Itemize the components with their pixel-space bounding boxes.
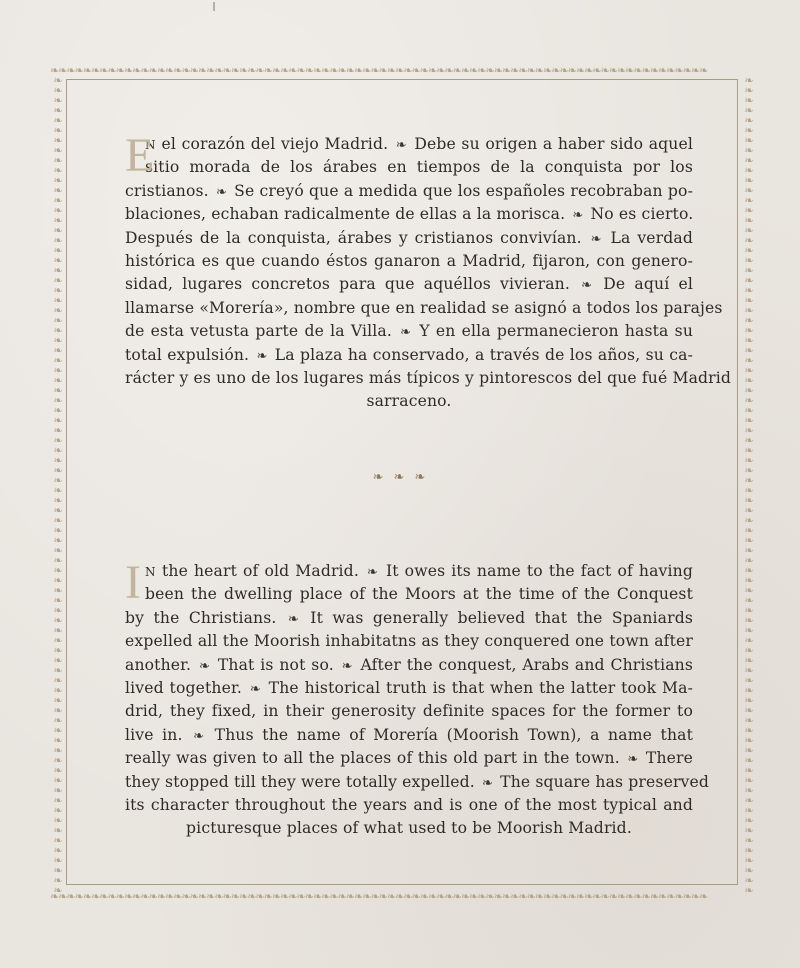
ornamental-border-bottom: ❧❧❧❧❧❧❧❧❧❧❧❧❧❧❧❧❧❧❧❧❧❧❧❧❧❧❧❧❧❧❧❧❧❧❧❧❧❧❧❧… [50, 892, 750, 902]
text-line: sitio morada de los árabes en tiempos de… [125, 156, 693, 179]
text-line: Después de la conquista, árabes y cristi… [125, 227, 693, 250]
text-line: sarraceno. [125, 390, 693, 413]
paper-speck [213, 2, 215, 11]
fleuron-icon: ❧ [398, 325, 413, 340]
text-line: picturesque places of what used to be Mo… [125, 817, 693, 840]
text-line: live in. ❧ Thus the name of Morería (Moo… [125, 724, 693, 747]
spanish-paragraph: E N el corazón del viejo Madrid. ❧ Debe … [125, 133, 693, 414]
text-line: total expulsión. ❧ La plaza ha conservad… [125, 344, 693, 367]
text-line: another. ❧ That is not so. ❧ After the c… [125, 654, 693, 677]
fleuron-icon: ❧ [214, 185, 229, 200]
section-separator: ❧❧❧ [364, 470, 444, 485]
ornamental-border-right: ❧❧❧❧❧❧❧❧❧❧❧❧❧❧❧❧❧❧❧❧❧❧❧❧❧❧❧❧❧❧❧❧❧❧❧❧❧❧❧❧… [743, 76, 755, 892]
fleuron-icon: ❧ [394, 138, 409, 153]
text-line: histórica es que cuando éstos ganaron a … [125, 250, 693, 273]
text-line: expelled all the Moorish inhabitatns as … [125, 630, 693, 653]
text-line: its character throughout the years and i… [125, 794, 693, 817]
ornamental-border-top: ❧❧❧❧❧❧❧❧❧❧❧❧❧❧❧❧❧❧❧❧❧❧❧❧❧❧❧❧❧❧❧❧❧❧❧❧❧❧❧❧… [50, 66, 755, 76]
text-line: N el corazón del viejo Madrid. ❧ Debe su… [125, 133, 693, 156]
fleuron-icon: ❧ [197, 659, 212, 674]
fleuron-icon: ❧ [480, 776, 495, 791]
text-line: lived together. ❧ The historical truth i… [125, 677, 693, 700]
dropcap: E [125, 133, 154, 179]
page: ❧❧❧❧❧❧❧❧❧❧❧❧❧❧❧❧❧❧❧❧❧❧❧❧❧❧❧❧❧❧❧❧❧❧❧❧❧❧❧❧… [0, 0, 800, 968]
fleuron-icon: ❧ [191, 729, 206, 744]
english-paragraph: I N the heart of old Madrid. ❧ It owes i… [125, 560, 693, 841]
fleuron-icon: ❧ [625, 752, 640, 767]
fleuron-icon: ❧ [248, 682, 263, 697]
text-line: been the dwelling place of the Moors at … [125, 583, 693, 606]
fleuron-icon: ❧ [286, 612, 301, 627]
text-line: they stopped till they were totally expe… [125, 771, 693, 794]
ornamental-border-left: ❧❧❧❧❧❧❧❧❧❧❧❧❧❧❧❧❧❧❧❧❧❧❧❧❧❧❧❧❧❧❧❧❧❧❧❧❧❧❧❧… [52, 76, 64, 892]
dropcap: I [125, 560, 141, 606]
text-line: really was given to all the places of th… [125, 747, 693, 770]
text-line: blaciones, echaban radicalmente de ellas… [125, 203, 693, 226]
text-line: drid, they fixed, in their generosity de… [125, 700, 693, 723]
fleuron-icon: ❧ [579, 278, 594, 293]
fleuron-icon: ❧ [589, 232, 604, 247]
fleuron-icon: ❧ [570, 208, 585, 223]
fleuron-icon: ❧ [365, 565, 380, 580]
fleuron-icon: ❧ [254, 349, 269, 364]
text-line: cristianos. ❧ Se creyó que a medida que … [125, 180, 693, 203]
text-line: rácter y es uno de los lugares más típic… [125, 367, 693, 390]
text-line: N the heart of old Madrid. ❧ It owes its… [125, 560, 693, 583]
text-line: by the Christians. ❧ It was generally be… [125, 607, 693, 630]
text-line: sidad, lugares concretos para que aquéll… [125, 273, 693, 296]
text-line: llamarse «Morería», nombre que en realid… [125, 297, 693, 320]
text-line: de esta vetusta parte de la Villa. ❧ Y e… [125, 320, 693, 343]
fleuron-icon: ❧ [340, 659, 355, 674]
